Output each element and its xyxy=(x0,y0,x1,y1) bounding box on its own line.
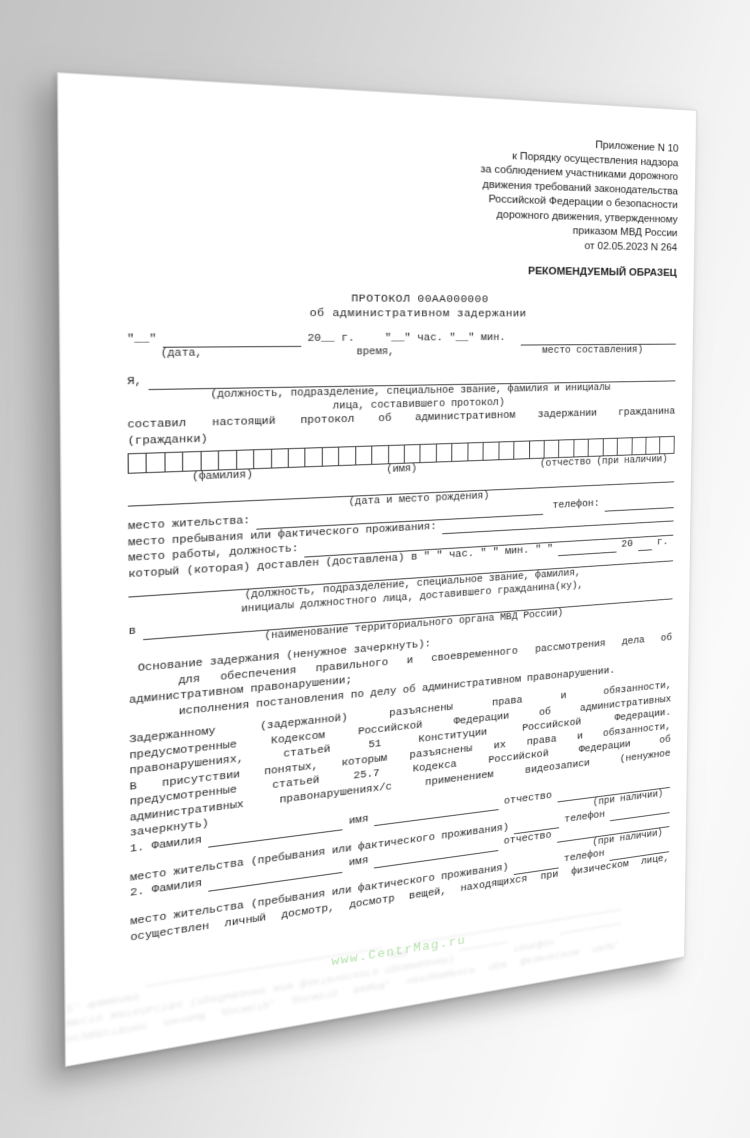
place-blank-field xyxy=(520,333,676,346)
fio-cell xyxy=(529,440,545,459)
name-caption: (имя) xyxy=(386,463,417,477)
fio-cell xyxy=(420,443,437,463)
fio-cell xyxy=(498,441,514,460)
date-blank-field xyxy=(163,334,301,348)
fio-cell xyxy=(558,439,574,458)
fio-cell xyxy=(602,438,618,457)
fio-cell xyxy=(355,446,372,466)
delivered-year-blank-field xyxy=(638,539,652,551)
fio-cell xyxy=(253,449,271,470)
fio-cell xyxy=(218,450,237,471)
day-placeholder: "__" xyxy=(127,332,163,348)
fio-cell xyxy=(182,451,201,472)
fio-cell xyxy=(436,443,453,463)
fio-cell xyxy=(573,439,589,458)
fio-cell xyxy=(388,444,405,464)
in-label: в xyxy=(129,624,143,641)
fio-cell xyxy=(617,437,632,456)
date-caption: (дата, xyxy=(161,348,203,362)
fio-cell xyxy=(200,450,219,471)
fio-cell xyxy=(305,447,323,467)
fio-cell xyxy=(371,445,388,465)
fio-cell xyxy=(128,453,148,474)
fio-cell xyxy=(271,448,289,468)
fio-cell xyxy=(645,436,660,454)
time-placeholder: "__" час. "__" мин. xyxy=(385,331,511,346)
fio-cell xyxy=(513,441,529,460)
fio-cell xyxy=(338,446,356,466)
fio-cell xyxy=(544,440,560,459)
fio-cell xyxy=(467,442,484,461)
phone-label: телефон: xyxy=(552,497,605,514)
fio-cell xyxy=(588,438,604,457)
fio-cell xyxy=(659,436,674,454)
delivered-year: 20 xyxy=(621,537,638,552)
fio-cell xyxy=(164,452,183,473)
protocol-paper-sheet: Приложение N 10 к Порядку осуществления … xyxy=(57,72,697,1067)
fio-cell xyxy=(288,448,306,468)
fio-cell xyxy=(236,449,255,470)
ya-label: Я, xyxy=(127,374,149,390)
fio-cell xyxy=(404,444,421,464)
photo-scene: Приложение N 10 к Порядку осуществления … xyxy=(0,0,750,1138)
paper-reflection: осуществлен личный досмотр, досмотр веще… xyxy=(66,973,620,1138)
year-placeholder: 20__ г. xyxy=(307,331,360,346)
time-caption: время, xyxy=(326,346,394,360)
delivered-year-suffix: г. xyxy=(657,535,673,550)
recommended-sample-label: РЕКОМЕНДУЕМЫЙ ОБРАЗЕЦ xyxy=(126,259,676,281)
appendix-header: Приложение N 10 к Порядку осуществления … xyxy=(126,115,679,255)
fio-cell xyxy=(146,452,165,473)
fio-cell xyxy=(322,447,340,467)
fio-cell xyxy=(631,437,646,456)
fio-cell xyxy=(483,441,499,460)
place-caption: место составления) xyxy=(507,345,676,359)
fio-cell xyxy=(452,442,469,461)
surname-caption: (фамилия) xyxy=(192,469,253,485)
protocol-subtitle: об административном задержании xyxy=(127,305,677,321)
